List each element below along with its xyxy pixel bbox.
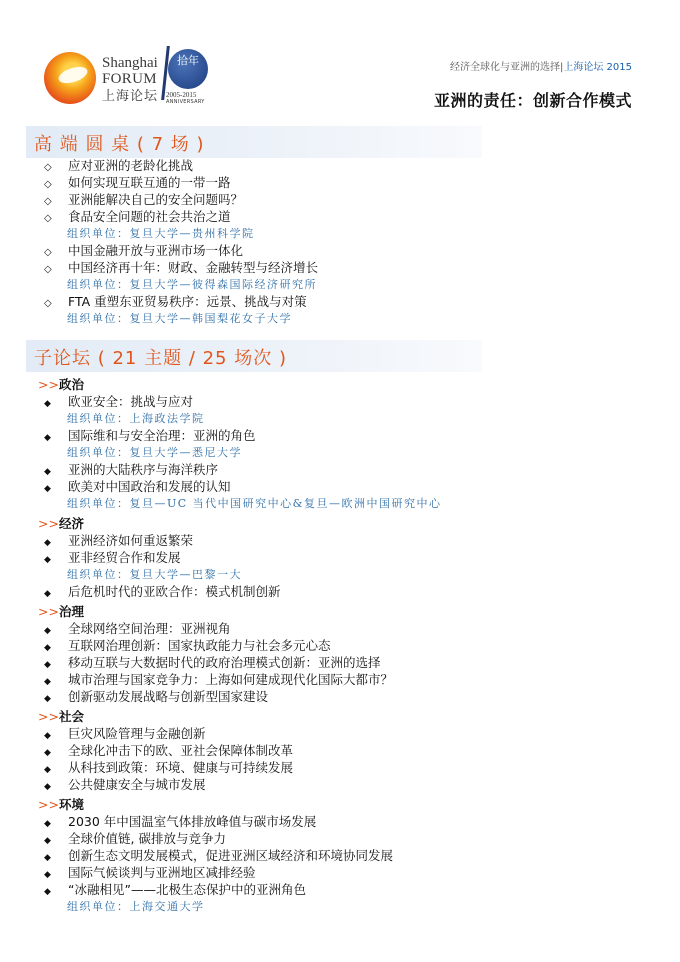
list-item-label: 食品安全问题的社会共治之道 — [68, 209, 231, 224]
solid-diamond-bullet-icon: ◆ — [44, 782, 68, 792]
list-item-label: 后危机时代的亚欧合作：模式机制创新 — [68, 584, 281, 599]
header-subtitle: 经济全球化与亚洲的选择|上海论坛 2015 — [450, 58, 632, 73]
solid-diamond-bullet-icon: ◆ — [44, 589, 68, 599]
category-name: 社会 — [59, 709, 84, 724]
list-item: ◆欧亚安全：挑战与应对 — [44, 392, 193, 410]
solid-diamond-bullet-icon: ◆ — [44, 467, 68, 477]
solid-diamond-bullet-icon: ◆ — [44, 643, 68, 653]
list-item: ◆全球化冲击下的欧、亚社会保障体制改革 — [44, 741, 293, 759]
solid-diamond-bullet-icon: ◆ — [44, 399, 68, 409]
solid-diamond-bullet-icon: ◆ — [44, 748, 68, 758]
list-item: ◆移动互联与大数据时代的政府治理模式创新：亚洲的选择 — [44, 653, 381, 671]
list-item-label: 国际维和与安全治理：亚洲的角色 — [68, 428, 256, 443]
solid-diamond-bullet-icon: ◆ — [44, 731, 68, 741]
list-item-label: 中国经济再十年：财政、金融转型与经济增长 — [68, 260, 318, 275]
hollow-diamond-bullet-icon: ◇ — [44, 247, 68, 258]
list-item-label: 中国金融开放与亚洲市场一体化 — [68, 243, 243, 258]
list-item: ◆全球价值链, 碳排放与竞争力 — [44, 829, 226, 847]
list-item: ◆亚洲经济如何重返繁荣 — [44, 531, 193, 549]
list-item-label: 公共健康安全与城市发展 — [68, 777, 206, 792]
organizer-note: 组织单位：复旦大学—悉尼大学 — [67, 444, 242, 460]
subforum-section-header: 子论坛 ( 21 主题 / 25 场次 ) — [26, 340, 482, 372]
solid-diamond-bullet-icon: ◆ — [44, 660, 68, 670]
list-item: ◇如何实现互联互通的一带一路 — [44, 173, 231, 191]
list-item: ◇中国经济再十年：财政、金融转型与经济增长 — [44, 258, 318, 276]
logo-anniversary: ANNIVERSARY — [166, 99, 205, 105]
hollow-diamond-bullet-icon: ◇ — [44, 179, 68, 190]
list-item-label: 全球化冲击下的欧、亚社会保障体制改革 — [68, 743, 293, 758]
shanghai-forum-logo: Shanghai FORUM 上海论坛 拾年 2005-2015 ANNIVER… — [44, 46, 214, 108]
list-item-label: 应对亚洲的老龄化挑战 — [68, 158, 193, 173]
hollow-diamond-bullet-icon: ◇ — [44, 264, 68, 275]
roundtable-title: 高 端 圆 桌 ( 7 场 ) — [34, 130, 205, 156]
list-item: ◆国际维和与安全治理：亚洲的角色 — [44, 426, 256, 444]
hollow-diamond-bullet-icon: ◇ — [44, 196, 68, 207]
category-heading: >>政治 — [38, 375, 84, 393]
list-item-label: FTA 重塑东亚贸易秩序：远景、挑战与对策 — [68, 294, 307, 309]
category-name: 环境 — [59, 797, 84, 812]
list-item: ◆创新生态文明发展模式，促进亚洲区域经济和环境协同发展 — [44, 846, 393, 864]
list-item: ◇中国金融开放与亚洲市场一体化 — [44, 241, 243, 259]
solid-diamond-bullet-icon: ◆ — [44, 870, 68, 880]
organizer-note: 组织单位：上海交通大学 — [67, 898, 205, 914]
anniversary-badge: 拾年 — [168, 49, 208, 89]
list-item-label: 全球价值链, 碳排放与竞争力 — [68, 831, 226, 846]
roundtable-section-header: 高 端 圆 桌 ( 7 场 ) — [26, 126, 482, 158]
category-heading: >>环境 — [38, 795, 84, 813]
list-item: ◆创新驱动发展战略与创新型国家建设 — [44, 687, 268, 705]
logo-line-shanghai: Shanghai — [102, 56, 158, 71]
solid-diamond-bullet-icon: ◆ — [44, 484, 68, 494]
list-item-label: 国际气候谈判与亚洲地区减排经验 — [68, 865, 256, 880]
list-item: ◆城市治理与国家竞争力：上海如何建成现代化国际大都市？ — [44, 670, 393, 688]
subtitle-brand: 上海论坛 2015 — [563, 62, 632, 73]
subtitle-theme: 经济全球化与亚洲的选择| — [450, 62, 563, 73]
list-item-label: 欧美对中国政治和发展的认知 — [68, 479, 231, 494]
category-heading: >>治理 — [38, 602, 84, 620]
list-item: ◆后危机时代的亚欧合作：模式机制创新 — [44, 582, 281, 600]
solid-diamond-bullet-icon: ◆ — [44, 765, 68, 775]
organizer-note: 组织单位：复旦—UC 当代中国研究中心&复旦—欧洲中国研究中心 — [67, 495, 441, 511]
logo-years: 2005-2015 — [166, 91, 196, 99]
solid-diamond-bullet-icon: ◆ — [44, 887, 68, 897]
logo-line-forum: FORUM — [102, 72, 158, 87]
list-item: ◆2030 年中国温室气体排放峰值与碳市场发展 — [44, 812, 316, 830]
list-item-label: 巨灾风险管理与金融创新 — [68, 726, 206, 741]
list-item-label: 从科技到政策：环境、健康与可持续发展 — [68, 760, 293, 775]
solid-diamond-bullet-icon: ◆ — [44, 538, 68, 548]
solid-diamond-bullet-icon: ◆ — [44, 433, 68, 443]
double-chevron-icon: >> — [38, 604, 59, 619]
list-item-label: 创新驱动发展战略与创新型国家建设 — [68, 689, 268, 704]
solid-diamond-bullet-icon: ◆ — [44, 694, 68, 704]
list-item: ◇食品安全问题的社会共治之道 — [44, 207, 231, 225]
list-item: ◆从科技到政策：环境、健康与可持续发展 — [44, 758, 293, 776]
logo-line-chinese: 上海论坛 — [102, 89, 158, 102]
list-item: ◇FTA 重塑东亚贸易秩序：远景、挑战与对策 — [44, 292, 307, 310]
solid-diamond-bullet-icon: ◆ — [44, 853, 68, 863]
organizer-note: 组织单位：复旦大学—贵州科学院 — [67, 225, 255, 241]
category-heading: >>社会 — [38, 707, 84, 725]
list-item-label: 全球网络空间治理：亚洲视角 — [68, 621, 231, 636]
double-chevron-icon: >> — [38, 709, 59, 724]
category-name: 经济 — [59, 516, 84, 531]
hollow-diamond-bullet-icon: ◇ — [44, 162, 68, 173]
list-item-label: “冰融相见”——北极生态保护中的亚洲角色 — [68, 882, 306, 897]
list-item: ◆互联网治理创新：国家执政能力与社会多元心态 — [44, 636, 331, 654]
list-item-label: 欧亚安全：挑战与应对 — [68, 394, 193, 409]
organizer-note: 组织单位：上海政法学院 — [67, 410, 205, 426]
solid-diamond-bullet-icon: ◆ — [44, 626, 68, 636]
category-name: 政治 — [59, 377, 84, 392]
list-item: ◆欧美对中国政治和发展的认知 — [44, 477, 231, 495]
list-item: ◆全球网络空间治理：亚洲视角 — [44, 619, 231, 637]
solid-diamond-bullet-icon: ◆ — [44, 819, 68, 829]
list-item-label: 移动互联与大数据时代的政府治理模式创新：亚洲的选择 — [68, 655, 381, 670]
list-item-label: 如何实现互联互通的一带一路 — [68, 175, 231, 190]
double-chevron-icon: >> — [38, 797, 59, 812]
list-item: ◆巨灾风险管理与金融创新 — [44, 724, 206, 742]
list-item-label: 创新生态文明发展模式，促进亚洲区域经济和环境协同发展 — [68, 848, 393, 863]
list-item-label: 2030 年中国温室气体排放峰值与碳市场发展 — [68, 814, 316, 829]
list-item-label: 亚洲经济如何重返繁荣 — [68, 533, 193, 548]
list-item: ◇亚洲能解决自己的安全问题吗？ — [44, 190, 243, 208]
list-item: ◆公共健康安全与城市发展 — [44, 775, 206, 793]
list-item: ◇应对亚洲的老龄化挑战 — [44, 156, 193, 174]
page-title: 亚洲的责任：创新合作模式 — [434, 88, 632, 111]
hollow-diamond-bullet-icon: ◇ — [44, 213, 68, 224]
logo-swirl-icon — [44, 52, 96, 104]
hollow-diamond-bullet-icon: ◇ — [44, 298, 68, 309]
subforum-title: 子论坛 ( 21 主题 / 25 场次 ) — [34, 344, 287, 370]
solid-diamond-bullet-icon: ◆ — [44, 836, 68, 846]
list-item-label: 城市治理与国家竞争力：上海如何建成现代化国际大都市？ — [68, 672, 393, 687]
double-chevron-icon: >> — [38, 516, 59, 531]
list-item-label: 亚洲能解决自己的安全问题吗？ — [68, 192, 243, 207]
solid-diamond-bullet-icon: ◆ — [44, 555, 68, 565]
list-item: ◆国际气候谈判与亚洲地区减排经验 — [44, 863, 256, 881]
list-item: ◆“冰融相见”——北极生态保护中的亚洲角色 — [44, 880, 306, 898]
list-item-label: 亚非经贸合作和发展 — [68, 550, 181, 565]
list-item-label: 互联网治理创新：国家执政能力与社会多元心态 — [68, 638, 331, 653]
organizer-note: 组织单位：复旦大学—韩国梨花女子大学 — [67, 310, 292, 326]
list-item-label: 亚洲的大陆秩序与海洋秩序 — [68, 462, 218, 477]
category-name: 治理 — [59, 604, 84, 619]
category-heading: >>经济 — [38, 514, 84, 532]
organizer-note: 组织单位：复旦大学—彼得森国际经济研究所 — [67, 276, 317, 292]
list-item: ◆亚非经贸合作和发展 — [44, 548, 181, 566]
solid-diamond-bullet-icon: ◆ — [44, 677, 68, 687]
double-chevron-icon: >> — [38, 377, 59, 392]
logo-wordmark: Shanghai FORUM 上海论坛 — [102, 56, 158, 102]
organizer-note: 组织单位：复旦大学—巴黎一大 — [67, 566, 242, 582]
list-item: ◆亚洲的大陆秩序与海洋秩序 — [44, 460, 218, 478]
